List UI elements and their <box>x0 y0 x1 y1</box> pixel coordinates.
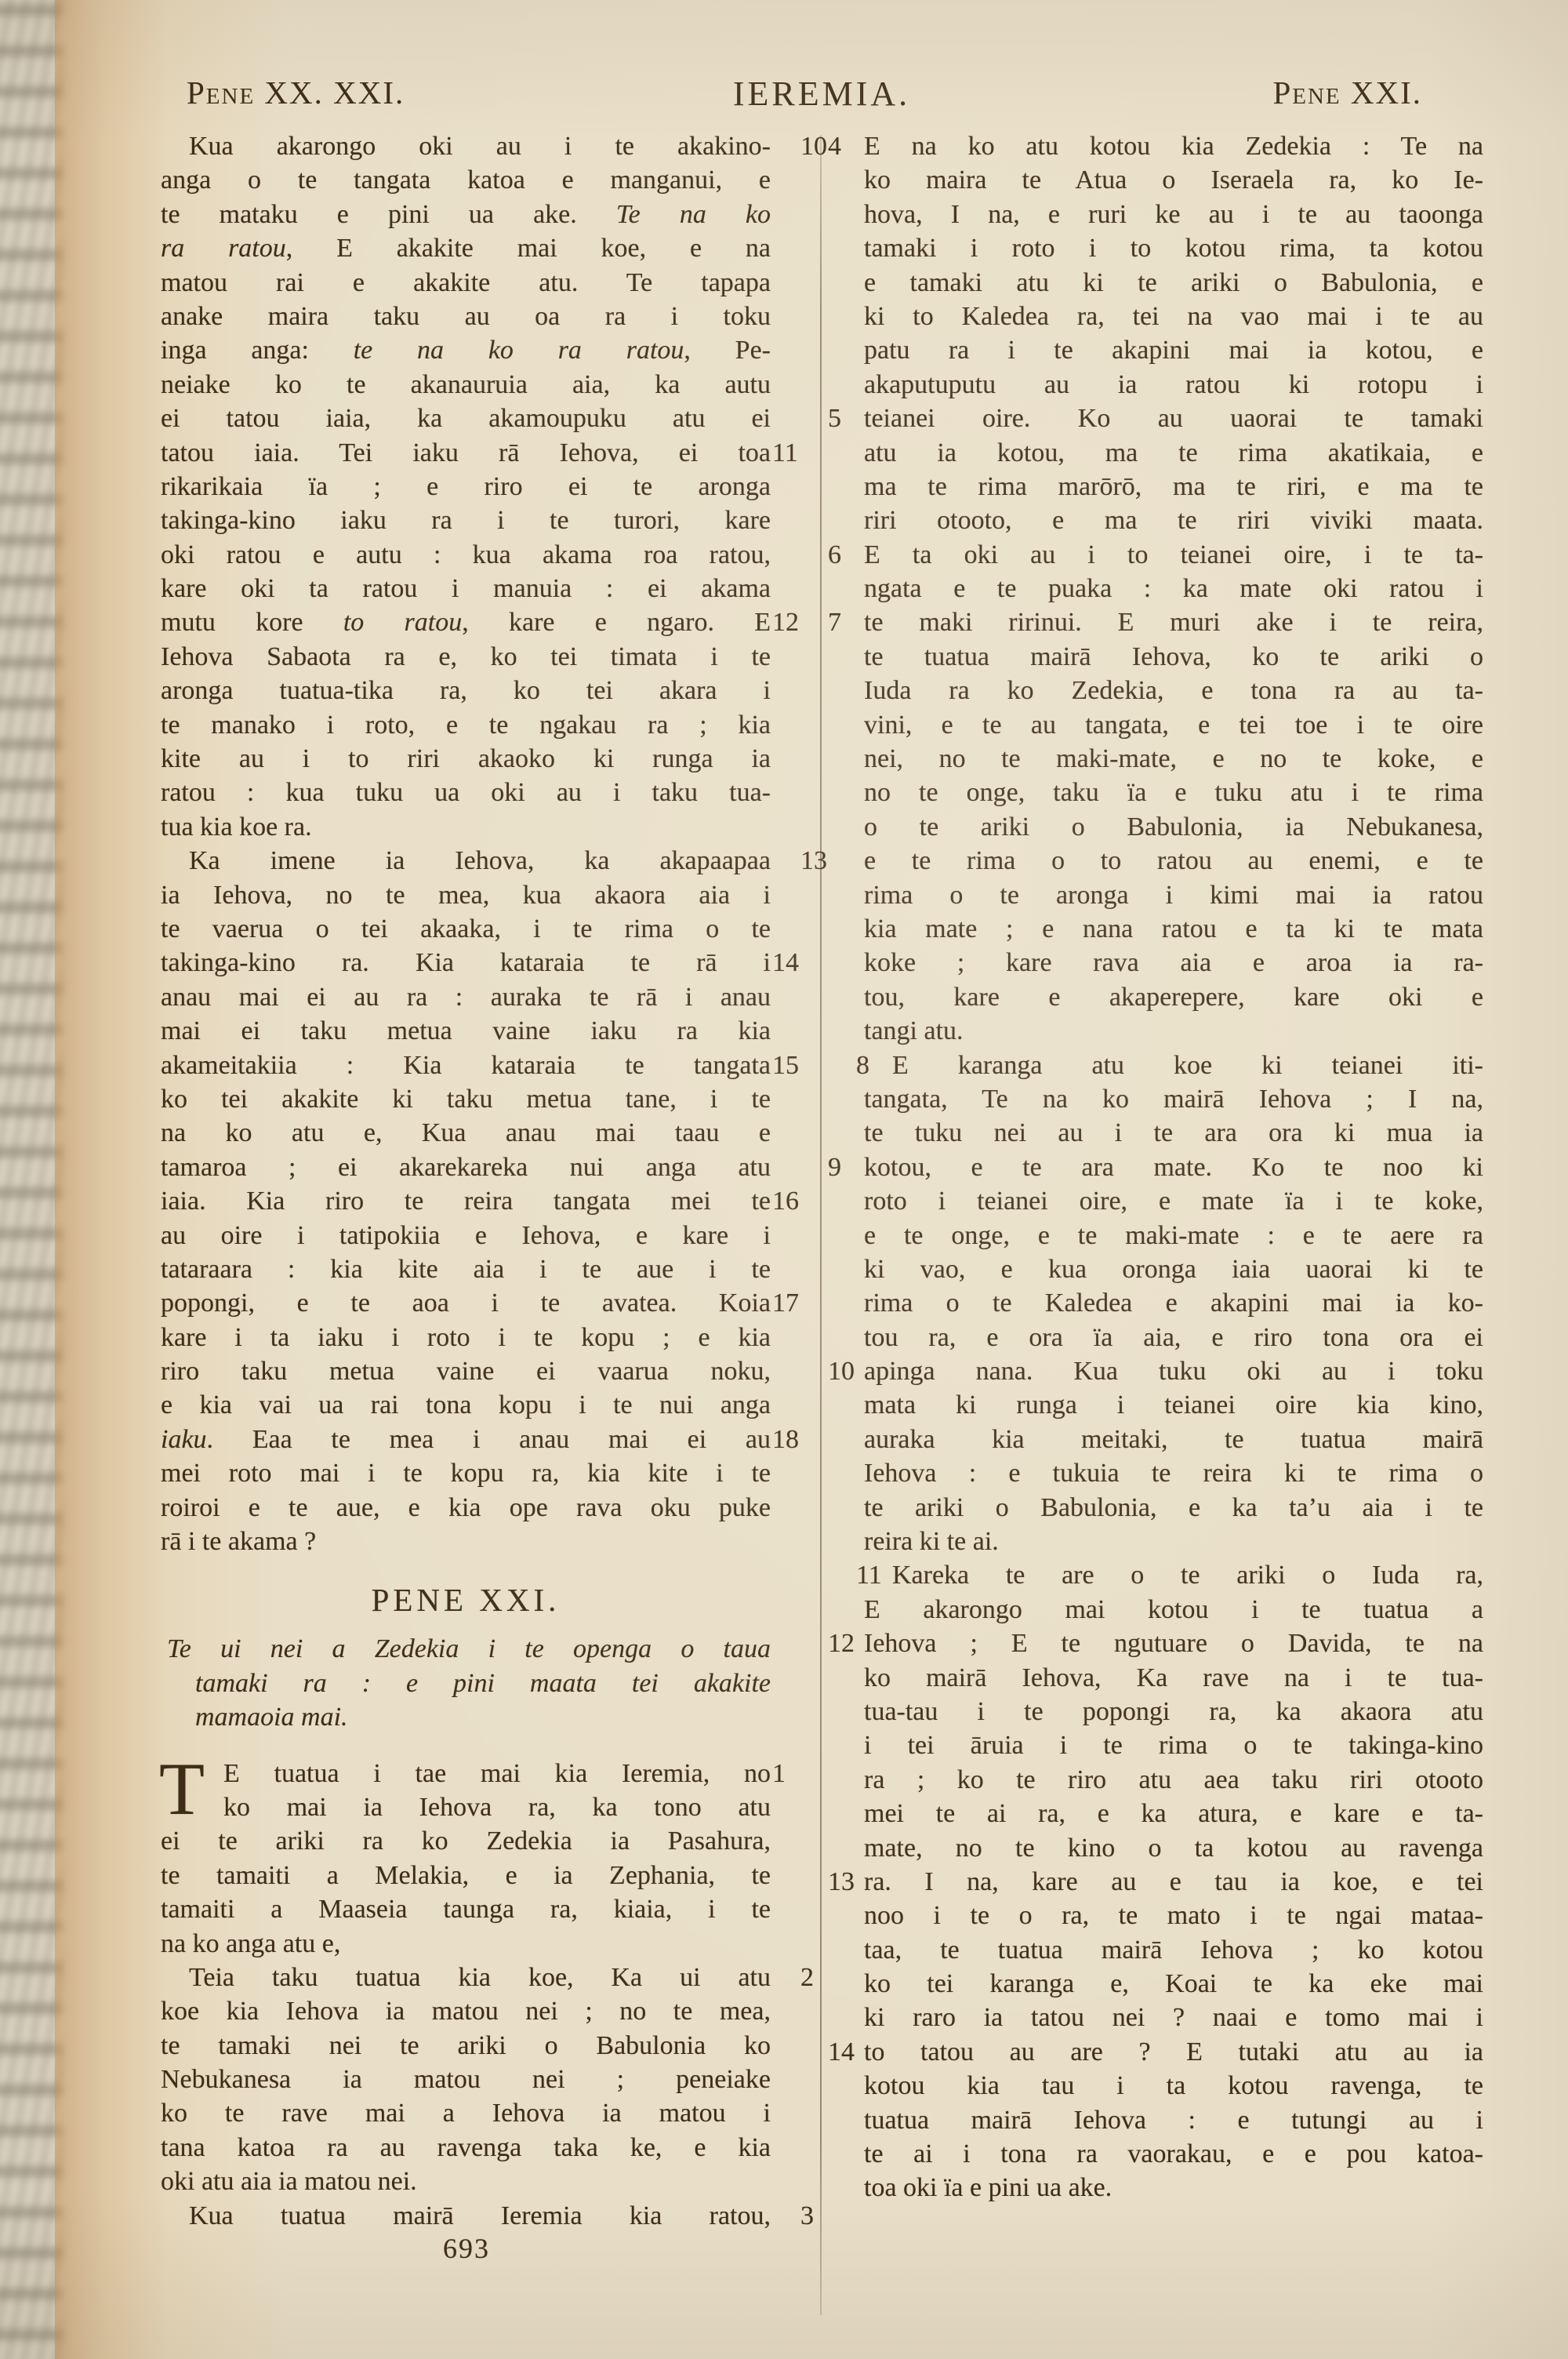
text-line: tamaki i roto i to kotou rima, ta kotou <box>831 231 1483 265</box>
text-line: ko te rave mai a Iehova ia matou i <box>161 2096 813 2130</box>
verse-number: 10 <box>772 129 813 163</box>
text-line: Teia taku tuatua kia koe, Ka ui atu2 <box>161 1961 813 1994</box>
text-line: ki raro ia tatou nei ? naai e tomo mai i <box>831 2001 1483 2034</box>
verse-number: 12 <box>828 1627 862 1660</box>
text-line: akameitakiia : Kia kataraia te tangata15 <box>161 1049 813 1082</box>
text-line: rima o te aronga i kimi mai ia ratou <box>831 878 1483 912</box>
text-line: matou rai e akakite atu. Te tapapa <box>161 266 813 300</box>
text-line: ei tatou iaia, ka akamoupuku atu ei <box>161 402 813 435</box>
chapter-heading: PENE XXI. <box>161 1580 813 1619</box>
text-line: mate, no te kino o ta kotou au ravenga <box>831 1831 1483 1865</box>
text-line: mei te ai ra, e ka atura, e kare e ta- <box>831 1797 1483 1830</box>
text-line: ei te ariki ra ko Zedekia ia Pasahura, <box>161 1824 813 1858</box>
text-line: TE tuatua i tae mai kia Ieremia, no1 <box>161 1757 813 1790</box>
text-line: te tamaiti a Melakia, e ia Zephania, te <box>161 1859 813 1892</box>
text-line: ma te rima marōrō, ma te riri, e ma te <box>831 470 1483 503</box>
text-line: tuatua mairā Iehova : e tutungi au i <box>831 2103 1483 2137</box>
text-line: te mataku e pini ua ake. Te na ko <box>161 198 813 231</box>
text-line: Kua akarongo oki au i te akakino-10 <box>161 129 813 163</box>
text-line: E na ko atu kotou kia Zedekia : Te na4 <box>831 129 1483 163</box>
verse-number: 18 <box>772 1423 813 1456</box>
verse-number: 7 <box>828 605 862 639</box>
text-line: roiroi e te aue, e kia ope rava oku puke <box>161 1491 813 1525</box>
text-line: e tamaki atu ki te ariki o Babulonia, e <box>831 266 1483 300</box>
text-line: popongi, e te aoa i te avatea. Koia17 <box>161 1286 813 1320</box>
text-line: Nebukanesa ia matou nei ; peneiake <box>161 2063 813 2096</box>
text-line: tou ra, e ora ïa aia, e riro tona ora ei <box>831 1321 1483 1354</box>
text-line: E ta oki au i to teianei oire, i te ta-6 <box>831 538 1483 572</box>
text-line: reira ki te ai. <box>831 1525 1483 1558</box>
text-line: mei roto mai i te kopu ra, kia kite i te <box>161 1456 813 1490</box>
text-line: ra. I na, kare au e tau ia koe, e tei13 <box>831 1865 1483 1899</box>
text-line: te tuatua mairā Iehova, ko te ariki o <box>831 640 1483 674</box>
text-line: E karanga atu koe ki teianei iti-8 <box>831 1049 1483 1082</box>
text-line: teianei oire. Ko au uaorai te tamaki5 <box>831 402 1483 435</box>
running-head: Pene XX. XXI. IEREMIA. Pene XXI. <box>0 74 1568 121</box>
text-line: toa oki ïa e pini ua ake. <box>831 2171 1483 2205</box>
chapter-summary-line: Te ui nei a Zedekia i te openga o taua <box>161 1632 813 1666</box>
text-line: ko tei karanga e, Koai te ka eke mai <box>831 1967 1483 2001</box>
text-line: aronga tuatua-tika ra, ko tei akara i <box>161 674 813 707</box>
text-line: iaku. Eaa te mea i anau mai ei au18 <box>161 1423 813 1456</box>
text-line: takinga-kino iaku ra i te turori, kare <box>161 503 813 537</box>
page-number: 693 <box>161 2232 772 2265</box>
text-line: te tuku nei au i te ara ora ki mua ia <box>831 1116 1483 1150</box>
verse-number: 11 <box>772 436 813 470</box>
text-line: ngata e te puaka : ka mate oki ratou i <box>831 572 1483 605</box>
text-line: kotou kia tau i ta kotou ravenga, te <box>831 2069 1483 2103</box>
verse-number: 14 <box>828 2035 862 2069</box>
text-line: inga anga: te na ko ra ratou, Pe- <box>161 333 813 367</box>
text-line: kite au i to riri akaoko ki runga ia <box>161 742 813 776</box>
text-line: tou, kare e akaperepere, kare oki e <box>831 980 1483 1014</box>
text-line: ia Iehova, no te mea, kua akaora aia i <box>161 878 813 912</box>
text-line: Iuda ra ko Zedekia, e tona ra au ta- <box>831 674 1483 707</box>
text-line: au oire i tatipokiia e Iehova, e kare i <box>161 1219 813 1252</box>
text-line: E akarongo mai kotou i te tuatua a <box>831 1593 1483 1627</box>
text-line: no te onge, taku ïa e tuku atu i te rima <box>831 776 1483 809</box>
text-line: kia mate ; e nana ratou e ta ki te mata <box>831 912 1483 946</box>
text-line: ra ; ko te riro atu aea taku riri otooto <box>831 1763 1483 1797</box>
left-column: Kua akarongo oki au i te akakino-10anga … <box>161 129 813 2233</box>
text-line: e te onge, e te maki-mate : e te aere ra <box>831 1219 1483 1252</box>
text-line: tana katoa ra au ravenga taka ke, e kia <box>161 2131 813 2165</box>
text-line: anga o te tangata katoa e manganui, e <box>161 163 813 197</box>
text-line: riro taku metua vaine ei vaarua noku, <box>161 1354 813 1388</box>
verse-number: 15 <box>772 1049 813 1082</box>
text-line: ra ratou, E akakite mai koe, e na <box>161 231 813 265</box>
text-line: te tamaki nei te ariki o Babulonia ko <box>161 2029 813 2063</box>
text-line: ko tei akakite ki taku metua tane, i te <box>161 1082 813 1116</box>
text-line: nei, no te maki-mate, e no te koke, e <box>831 742 1483 776</box>
text-line: rikarikaia ïa ; e riro ei te aronga <box>161 470 813 503</box>
text-line: tamaroa ; ei akarekareka nui anga atu <box>161 1150 813 1184</box>
text-line: Iehova : e tukuia te reira ki te rima o <box>831 1456 1483 1490</box>
text-line: iaia. Kia riro te reira tangata mei te16 <box>161 1184 813 1218</box>
text-line: auraka kia meitaki, te tuatua mairā <box>831 1423 1483 1456</box>
chapter-summary-line: tamaki ra : e pini maata tei akakite <box>161 1667 813 1700</box>
text-line: na ko atu e, Kua anau mai taau e <box>161 1116 813 1150</box>
text-line: atu ia kotou, ma te rima akatikaia, e <box>831 436 1483 470</box>
verse-number: 5 <box>828 402 862 435</box>
text-line: tamaiti a Maaseia taunga ra, kiaia, i te <box>161 1892 813 1926</box>
text-line: ki to Kaledea ra, tei na vao mai i te au <box>831 300 1483 333</box>
text-line: ko mairā Iehova, Ka rave na i te tua- <box>831 1661 1483 1695</box>
text-line: ratou : kua tuku ua oki au i taku tua- <box>161 776 813 809</box>
text-line: Iehova ; E te ngutuare o Davida, te na12 <box>831 1627 1483 1660</box>
text-line: kare oki ta ratou i manuia : ei akama <box>161 572 813 605</box>
text-line: neiake ko te akanauruia aia, ka autu <box>161 368 813 402</box>
text-line: oki ratou e autu : kua akama roa ratou, <box>161 538 813 572</box>
verse-number: 13 <box>772 844 813 878</box>
text-line: tangi atu. <box>831 1014 1483 1048</box>
text-line: akaputuputu au ia ratou ki rotopu i <box>831 368 1483 402</box>
text-line: takinga-kino ra. Kia kataraia te rā i14 <box>161 946 813 980</box>
text-line: to tatou au are ? E tutaki atu au ia14 <box>831 2035 1483 2069</box>
verse-number: 10 <box>828 1354 862 1388</box>
text-line: rima o te Kaledea e akapini mai ia ko- <box>831 1286 1483 1320</box>
text-line: koe kia Iehova ia matou nei ; no te mea, <box>161 1994 813 2028</box>
text-line: ko mai ia Iehova ra, ka tono atu <box>161 1790 813 1824</box>
text-line: Ka imene ia Iehova, ka akapaapaa13 <box>161 844 813 878</box>
verse-number: 17 <box>772 1286 813 1320</box>
running-head-right: Pene XXI. <box>1272 74 1422 111</box>
text-line: roto i teianei oire, e mate ïa i te koke… <box>831 1184 1483 1218</box>
text-line: i tei āruia i te rima o te takinga-kino <box>831 1728 1483 1762</box>
text-line: anake maira taku au oa ra i toku <box>161 300 813 333</box>
text-line: Kareka te are o te ariki o Iuda ra,11 <box>831 1558 1483 1592</box>
text-line: ko maira te Atua o Iseraela ra, ko Ie- <box>831 163 1483 197</box>
previous-page-showthrough <box>0 0 55 2359</box>
text-line: anau mai ei au ra : auraka te rā i anau <box>161 980 813 1014</box>
verse-number: 8 <box>828 1049 862 1082</box>
text-line: mutu kore to ratou, kare e ngaro. E12 <box>161 605 813 639</box>
verse-number: 14 <box>772 946 813 980</box>
text-line: noo i te o ra, te mato i te ngai mataa- <box>831 1899 1483 1932</box>
verse-number: 11 <box>828 1558 862 1592</box>
chapter-summary-line: mamaoia mai. <box>161 1700 813 1734</box>
text-line: tua-tau i te popongi ra, ka akaora atu <box>831 1695 1483 1728</box>
text-line: tataraara : kia kite aia i te aue i te <box>161 1252 813 1286</box>
text-line: apinga nana. Kua tuku oki au i toku10 <box>831 1354 1483 1388</box>
text-line: e te rima o to ratou au enemi, e te <box>831 844 1483 878</box>
text-line: e kia vai ua rai tona kopu i te nui anga <box>161 1388 813 1422</box>
text-line: mata ki runga i teianei oire kia kino, <box>831 1388 1483 1422</box>
text-line: Iehova Sabaota ra e, ko tei timata i te <box>161 640 813 674</box>
text-line: tatou iaia. Tei iaku rā Iehova, ei toa11 <box>161 436 813 470</box>
right-column: E na ko atu kotou kia Zedekia : Te na4ko… <box>831 129 1483 2205</box>
verse-number: 12 <box>772 605 813 639</box>
text-line: oki atu aia ia matou nei. <box>161 2165 813 2198</box>
text-line: na ko anga atu e, <box>161 1927 813 1961</box>
book-title: IEREMIA. <box>733 74 910 114</box>
text-line: riri otooto, e ma te riri viviki maata. <box>831 503 1483 537</box>
text-line: tangata, Te na ko mairā Iehova ; I na, <box>831 1082 1483 1116</box>
text-line: vini, e te au tangata, e tei toe i te oi… <box>831 708 1483 742</box>
text-line: mai ei taku metua vaine iaku ra kia <box>161 1014 813 1048</box>
verse-number: 4 <box>828 129 862 163</box>
verse-number: 3 <box>772 2199 813 2233</box>
verse-number: 6 <box>828 538 862 572</box>
text-line: ki vao, e kua oronga iaia uaorai ki te <box>831 1252 1483 1286</box>
text-line: te ariki o Babulonia, e ka ta’u aia i te <box>831 1491 1483 1525</box>
text-line: te maki ririnui. E muri ake i te reira,7 <box>831 605 1483 639</box>
running-head-left: Pene XX. XXI. <box>187 74 405 111</box>
text-line: rā i te akama ? <box>161 1525 813 1558</box>
text-line: te vaerua o tei akaaka, i te rima o te <box>161 912 813 946</box>
text-line: te manako i roto, e te ngakau ra ; kia <box>161 708 813 742</box>
verse-number: 13 <box>828 1865 862 1899</box>
text-line: te ai i tona ra vaorakau, e e pou katoa- <box>831 2137 1483 2171</box>
text-line: tua kia koe ra. <box>161 810 813 844</box>
column-divider-rule <box>820 135 822 2315</box>
text-line: patu ra i te akapini mai ia kotou, e <box>831 333 1483 367</box>
text-line: taa, te tuatua mairā Iehova ; ko kotou <box>831 1933 1483 1967</box>
text-line: hova, I na, e ruri ke au i te au taoonga <box>831 198 1483 231</box>
verse-number: 1 <box>772 1757 813 1790</box>
text-line: o te ariki o Babulonia, ia Nebukanesa, <box>831 810 1483 844</box>
verse-number: 2 <box>772 1961 813 1994</box>
text-line: koke ; kare rava aia e aroa ia ra- <box>831 946 1483 980</box>
text-line: Kua tuatua mairā Ieremia kia ratou,3 <box>161 2199 813 2233</box>
text-line: kotou, e te ara mate. Ko te noo ki9 <box>831 1150 1483 1184</box>
verse-number: 9 <box>828 1150 862 1184</box>
verse-number: 16 <box>772 1184 813 1218</box>
text-line: kare i ta iaku i roto i te kopu ; e kia <box>161 1321 813 1354</box>
